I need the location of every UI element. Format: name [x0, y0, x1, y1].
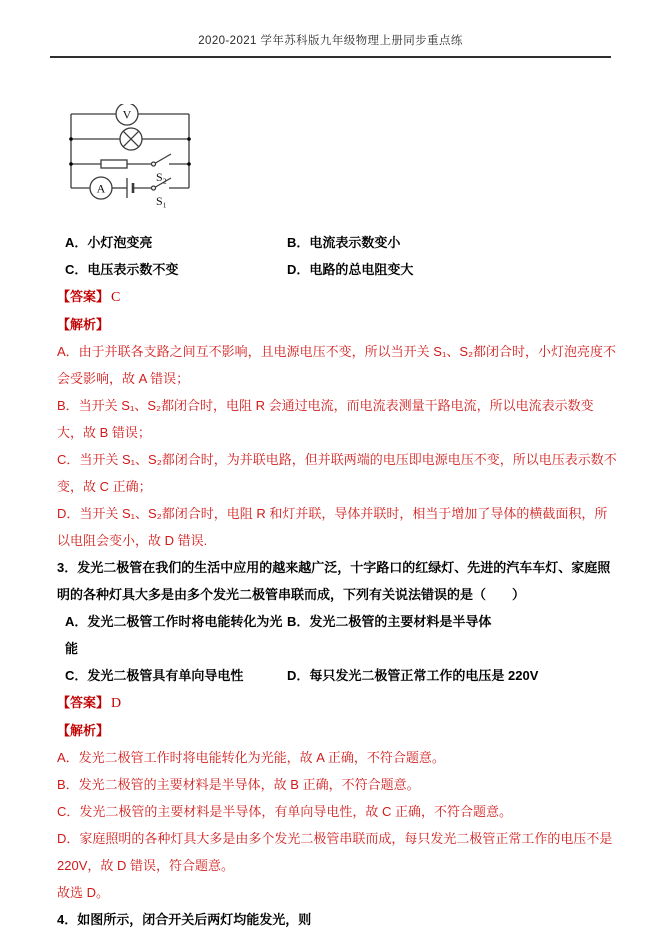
q2-answer-letter: C	[109, 290, 120, 305]
resistor-icon	[101, 160, 127, 168]
q3-analysis-b: B．发光二极管的主要材料是半导体，故 B 正确，不符合题意。	[57, 771, 617, 798]
q3-analysis: A．发光二极管工作时将电能转化为光能，故 A 正确，不符合题意。 B．发光二极管…	[57, 744, 617, 906]
switch1-label: S₁	[156, 194, 167, 208]
q3-answer-row: 【答案】D	[57, 689, 617, 717]
option-label: B．	[287, 614, 309, 629]
q2-analysis-a: A．由于并联各支路之间互不影响，且电源电压不变，所以当开关 S₁、S₂都闭合时，…	[57, 338, 617, 392]
q4-text: 如图所示，闭合开关后两灯均能发光，则	[77, 912, 311, 927]
ammeter-label: A	[97, 182, 106, 196]
node-dot	[69, 162, 73, 166]
q2-analysis-b: B．当开关 S₁、S₂都闭合时，电阻 R 会通过电流，而电流表测量干路电流，所以…	[57, 392, 617, 446]
circuit-svg: V A S₂ S₁	[63, 104, 203, 216]
q2-analysis-c: C．当开关 S₁、S₂都闭合时，为并联电路，但并联两端的电压即电源电压不变，所以…	[57, 446, 617, 500]
option-label: D．	[287, 668, 309, 683]
q2-options: A．小灯泡变亮 B．电流表示数变小 C．电压表示数不变 D．电路的总电阻变大	[65, 229, 617, 283]
option-text: 发光二极管工作时将电能转化为光能	[65, 614, 282, 656]
q2-option-b: B．电流表示数变小	[287, 229, 617, 256]
analysis-marker: 【解析】	[57, 317, 109, 332]
page-header: 2020-2021 学年苏科版九年级物理上册同步重点练	[50, 0, 611, 58]
document-page: 2020-2021 学年苏科版九年级物理上册同步重点练	[0, 0, 661, 936]
circuit-diagram-figure: V A S₂ S₁	[63, 104, 213, 221]
option-label: D．	[287, 262, 309, 277]
voltmeter-label: V	[123, 108, 132, 122]
q2-analysis: A．由于并联各支路之间互不影响，且电源电压不变，所以当开关 S₁、S₂都闭合时，…	[57, 338, 617, 554]
node-dot	[187, 137, 191, 141]
q3-option-b: B．发光二极管的主要材料是半导体	[287, 608, 617, 662]
option-text: 电流表示数变小	[309, 235, 400, 250]
q2-answer-row: 【答案】C	[57, 283, 617, 311]
option-label: C．	[65, 668, 87, 683]
answer-marker: 【答案】	[57, 695, 109, 710]
q2-option-d: D．电路的总电阻变大	[287, 256, 617, 283]
q3-options: A．发光二极管工作时将电能转化为光能 B．发光二极管的主要材料是半导体 C．发光…	[65, 608, 617, 689]
option-label: A．	[65, 235, 87, 250]
node-dot	[69, 137, 73, 141]
q2-option-c: C．电压表示数不变	[65, 256, 287, 283]
switch1-pivot	[152, 186, 156, 190]
q2-analysis-d: D．当开关 S₁、S₂都闭合时，电阻 R 和灯并联，导体并联时，相当于增加了导体…	[57, 500, 617, 554]
q3-number: 3．	[57, 560, 77, 575]
analysis-marker: 【解析】	[57, 723, 109, 738]
q3-option-c: C．发光二极管具有单向导电性	[65, 662, 287, 689]
page-content: V A S₂ S₁ A．小灯泡变亮 B．电流表示数变小 C．电压表示数不变 D．…	[0, 104, 661, 933]
q3-option-a: A．发光二极管工作时将电能转化为光能	[65, 608, 287, 662]
q3-option-d: D．每只发光二极管正常工作的电压是 220V	[287, 662, 617, 689]
option-label: A．	[65, 614, 87, 629]
answer-marker: 【答案】	[57, 289, 109, 304]
q4-number: 4．	[57, 912, 77, 927]
q3-text: 发光二极管在我们的生活中应用的越来越广泛，十字路口的红绿灯、先进的汽车车灯、家庭…	[57, 560, 610, 602]
q3-answer-letter: D	[109, 696, 121, 711]
option-text: 小灯泡变亮	[87, 235, 152, 250]
q2-option-a: A．小灯泡变亮	[65, 229, 287, 256]
header-title: 2020-2021 学年苏科版九年级物理上册同步重点练	[198, 35, 463, 47]
q3-analysis-a: A．发光二极管工作时将电能转化为光能，故 A 正确，不符合题意。	[57, 744, 617, 771]
q3-analysis-c: C．发光二极管的主要材料是半导体，有单向导电性，故 C 正确，不符合题意。	[57, 798, 617, 825]
option-text: 电压表示数不变	[87, 262, 178, 277]
q3-analysis-conclusion: 故选 D。	[57, 879, 617, 906]
option-label: C．	[65, 262, 87, 277]
q3-analysis-d: D．家庭照明的各种灯具大多是由多个发光二极管串联而成，每只发光二极管正常工作的电…	[57, 825, 617, 879]
option-text: 发光二极管的主要材料是半导体	[309, 614, 491, 629]
switch2-pivot	[152, 162, 156, 166]
switch2-blade-icon	[156, 154, 172, 163]
q3-question: 3．发光二极管在我们的生活中应用的越来越广泛，十字路口的红绿灯、先进的汽车车灯、…	[57, 554, 617, 608]
option-text: 每只发光二极管正常工作的电压是 220V	[309, 668, 538, 683]
q3-analysis-marker-row: 【解析】	[57, 717, 617, 744]
option-text: 发光二极管具有单向导电性	[87, 668, 243, 683]
q2-analysis-marker-row: 【解析】	[57, 311, 617, 338]
option-text: 电路的总电阻变大	[309, 262, 413, 277]
node-dot	[187, 162, 191, 166]
option-label: B．	[287, 235, 309, 250]
switch2-label: S₂	[156, 170, 167, 184]
q4-question: 4．如图所示，闭合开关后两灯均能发光，则	[57, 906, 617, 933]
